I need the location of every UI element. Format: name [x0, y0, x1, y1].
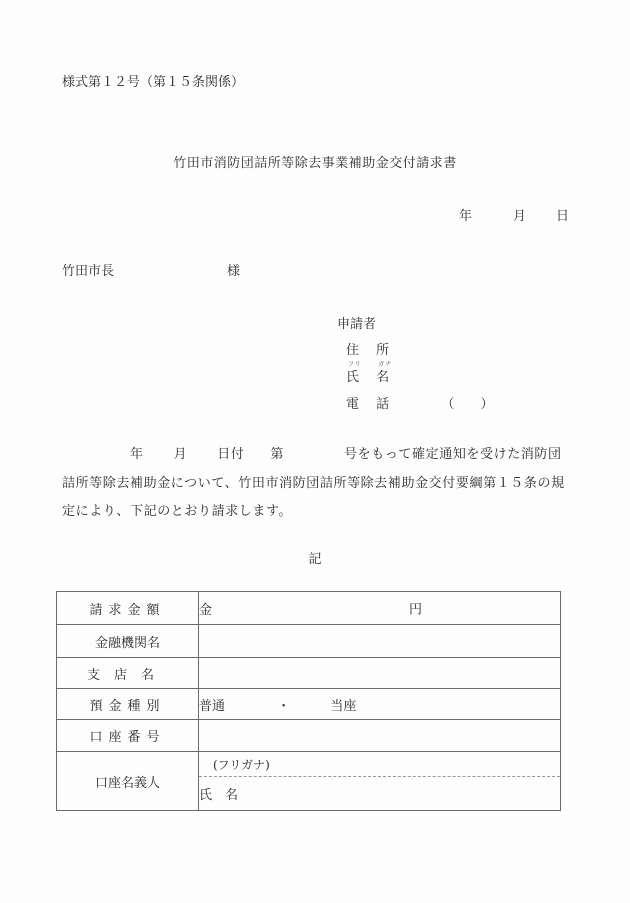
name-ruby-2: ガナ [378, 359, 392, 368]
name-label-2-wrap: ガナ 名 [376, 366, 389, 385]
account-number-field[interactable] [199, 720, 561, 752]
bank-name-label: 金融機関名 [57, 625, 199, 658]
account-number-label: 口座番号 [57, 720, 199, 752]
request-body-text: 年月日付第号をもって確定通知を受けた消防団 詰所等除去補助金について、竹田市消防… [62, 441, 582, 527]
branch-label: 支店名 [57, 658, 199, 689]
account-holder-name-field[interactable]: 氏 名 [199, 777, 561, 811]
table-row-account-number: 口座番号 [57, 720, 561, 752]
table-row-branch: 支店名 [57, 658, 561, 689]
branch-field[interactable] [199, 658, 561, 689]
applicant-address-row[interactable]: 住 所 [346, 339, 389, 358]
body-line-1-rest: 号をもって確定通知を受けた消防団 [344, 447, 562, 462]
table-row-bank-name: 金融機関名 [57, 625, 561, 658]
amount-prefix: 金 [199, 603, 212, 618]
name-label-1-wrap: フリ 氏 [346, 366, 359, 385]
account-holder-furigana-field[interactable]: (フリガナ) [199, 752, 561, 777]
bank-info-table: 請求金額 金 円 金融機関名 支店名 預金種別 普通 ・ 当座 口座番号 口座名… [56, 591, 561, 811]
phone-paren-open: （ [441, 393, 454, 412]
applicant-phone-row[interactable]: 電 話 （ ） [346, 393, 493, 412]
applicant-name-row[interactable]: フリ 氏 ガナ 名 [346, 366, 389, 385]
amount-label: 請求金額 [57, 592, 199, 625]
furigana-label: (フリガナ) [213, 758, 270, 772]
name-label-2: 名 [376, 366, 389, 385]
body-no: 第 [270, 447, 284, 462]
phone-label-1: 電 [346, 393, 359, 412]
body-line-1: 年月日付第号をもって確定通知を受けた消防団 [62, 441, 582, 470]
amount-field[interactable]: 金 円 [199, 592, 561, 625]
addressee-name: 竹田市長 [62, 260, 114, 279]
applicant-label: 申請者 [337, 313, 376, 332]
table-row-account-type: 預金種別 普通 ・ 当座 [57, 689, 561, 720]
body-line-2: 詰所等除去補助金について、竹田市消防団詰所等除去補助金交付要綱第１５条の規 [62, 470, 582, 499]
account-type-ordinary[interactable]: 普通 [199, 699, 225, 714]
body-line-3: 定により、下記のとおり請求します。 [62, 498, 582, 527]
body-month: 月 [174, 447, 188, 462]
account-holder-label: 口座名義人 [57, 752, 199, 811]
table-row-account-holder-furigana: 口座名義人 (フリガナ) [57, 752, 561, 777]
date-day-field[interactable]: 日 [556, 205, 569, 224]
ki-heading: 記 [0, 548, 630, 567]
account-type-label: 預金種別 [57, 689, 199, 720]
date-year-field[interactable]: 年 [459, 205, 472, 224]
date-month-field[interactable]: 月 [513, 205, 526, 224]
name-label-1: 氏 [346, 366, 359, 385]
bank-name-field[interactable] [199, 625, 561, 658]
amount-suffix: 円 [409, 599, 422, 618]
date-line: 年 月 日 [0, 205, 630, 225]
address-label-1: 住 [346, 339, 359, 358]
addressee-honorific: 様 [227, 260, 240, 279]
name-ruby-1: フリ [348, 359, 362, 368]
body-year: 年 [130, 447, 144, 462]
account-type-separator: ・ [277, 699, 290, 714]
account-type-checking[interactable]: 当座 [330, 699, 356, 714]
account-type-field[interactable]: 普通 ・ 当座 [199, 689, 561, 720]
body-dated: 日付 [217, 447, 244, 462]
address-label-2: 所 [376, 339, 389, 358]
document-title: 竹田市消防団詰所等除去事業補助金交付請求書 [0, 152, 630, 171]
table-row-amount: 請求金額 金 円 [57, 592, 561, 625]
holder-name-label: 氏 名 [199, 788, 238, 803]
phone-label-2: 話 [376, 393, 389, 412]
form-number: 様式第１２号（第１５条関係） [62, 71, 244, 90]
phone-paren-close: ） [480, 393, 493, 412]
